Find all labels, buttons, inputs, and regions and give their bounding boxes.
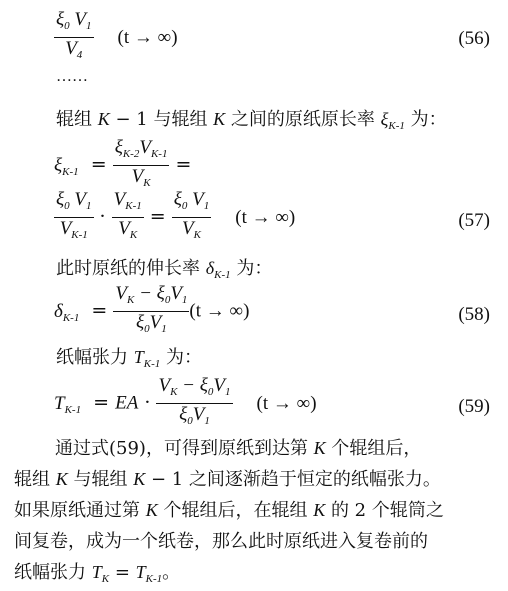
paragraph-line: 如果原纸通过第 K 个辊组后，在辊组 K 的 2 个辊筒之: [14, 495, 498, 526]
text-line: 纸幅张力 TK-1 为：: [56, 343, 202, 370]
paragraph-line: 辊组 K 与辊组 K − 1 之间逐渐趋于恒定的纸幅张力。: [14, 464, 498, 495]
equation-59: TK-1 = EA · VK − ξ0V1ξ0V1 (t → ∞): [54, 376, 317, 431]
equation-56: ξ0 V1V4 (t → ∞): [54, 10, 178, 65]
paragraph-line: 通过式(59)，可得到原纸到达第 K 个辊组后，: [14, 433, 498, 464]
paragraph-line: 纸幅张力 TK = TK-1。: [14, 557, 498, 591]
text-line: 此时原纸的伸长率 δK-1 为：: [56, 254, 272, 281]
equation-number: (56): [458, 28, 490, 50]
equation-number: (57): [458, 210, 490, 232]
equation-58: δK-1 = VK − ξ0V1ξ0V1(t → ∞): [54, 284, 249, 339]
equation-number: (58): [458, 304, 490, 326]
equation-57-part1: ξK-1 = ξK-2VK-1VK =: [54, 138, 191, 193]
equation-number: (59): [458, 396, 490, 418]
equation-57-part2: ξ0 V1VK-1 · VK-1VK = ξ0 V1VK (t → ∞): [54, 190, 295, 245]
text-line: 辊组 K − 1 与辊组 K 之间的原纸原长率 ξK-1 为：: [56, 105, 447, 132]
ellipsis: ……: [56, 68, 88, 86]
body-paragraph: 通过式(59)，可得到原纸到达第 K 个辊组后， 辊组 K 与辊组 K − 1 …: [14, 433, 498, 591]
limit: (t → ∞): [118, 27, 178, 48]
paragraph-line: 间复卷，成为一个纸卷，那么此时原纸进入复卷前的: [14, 526, 498, 557]
